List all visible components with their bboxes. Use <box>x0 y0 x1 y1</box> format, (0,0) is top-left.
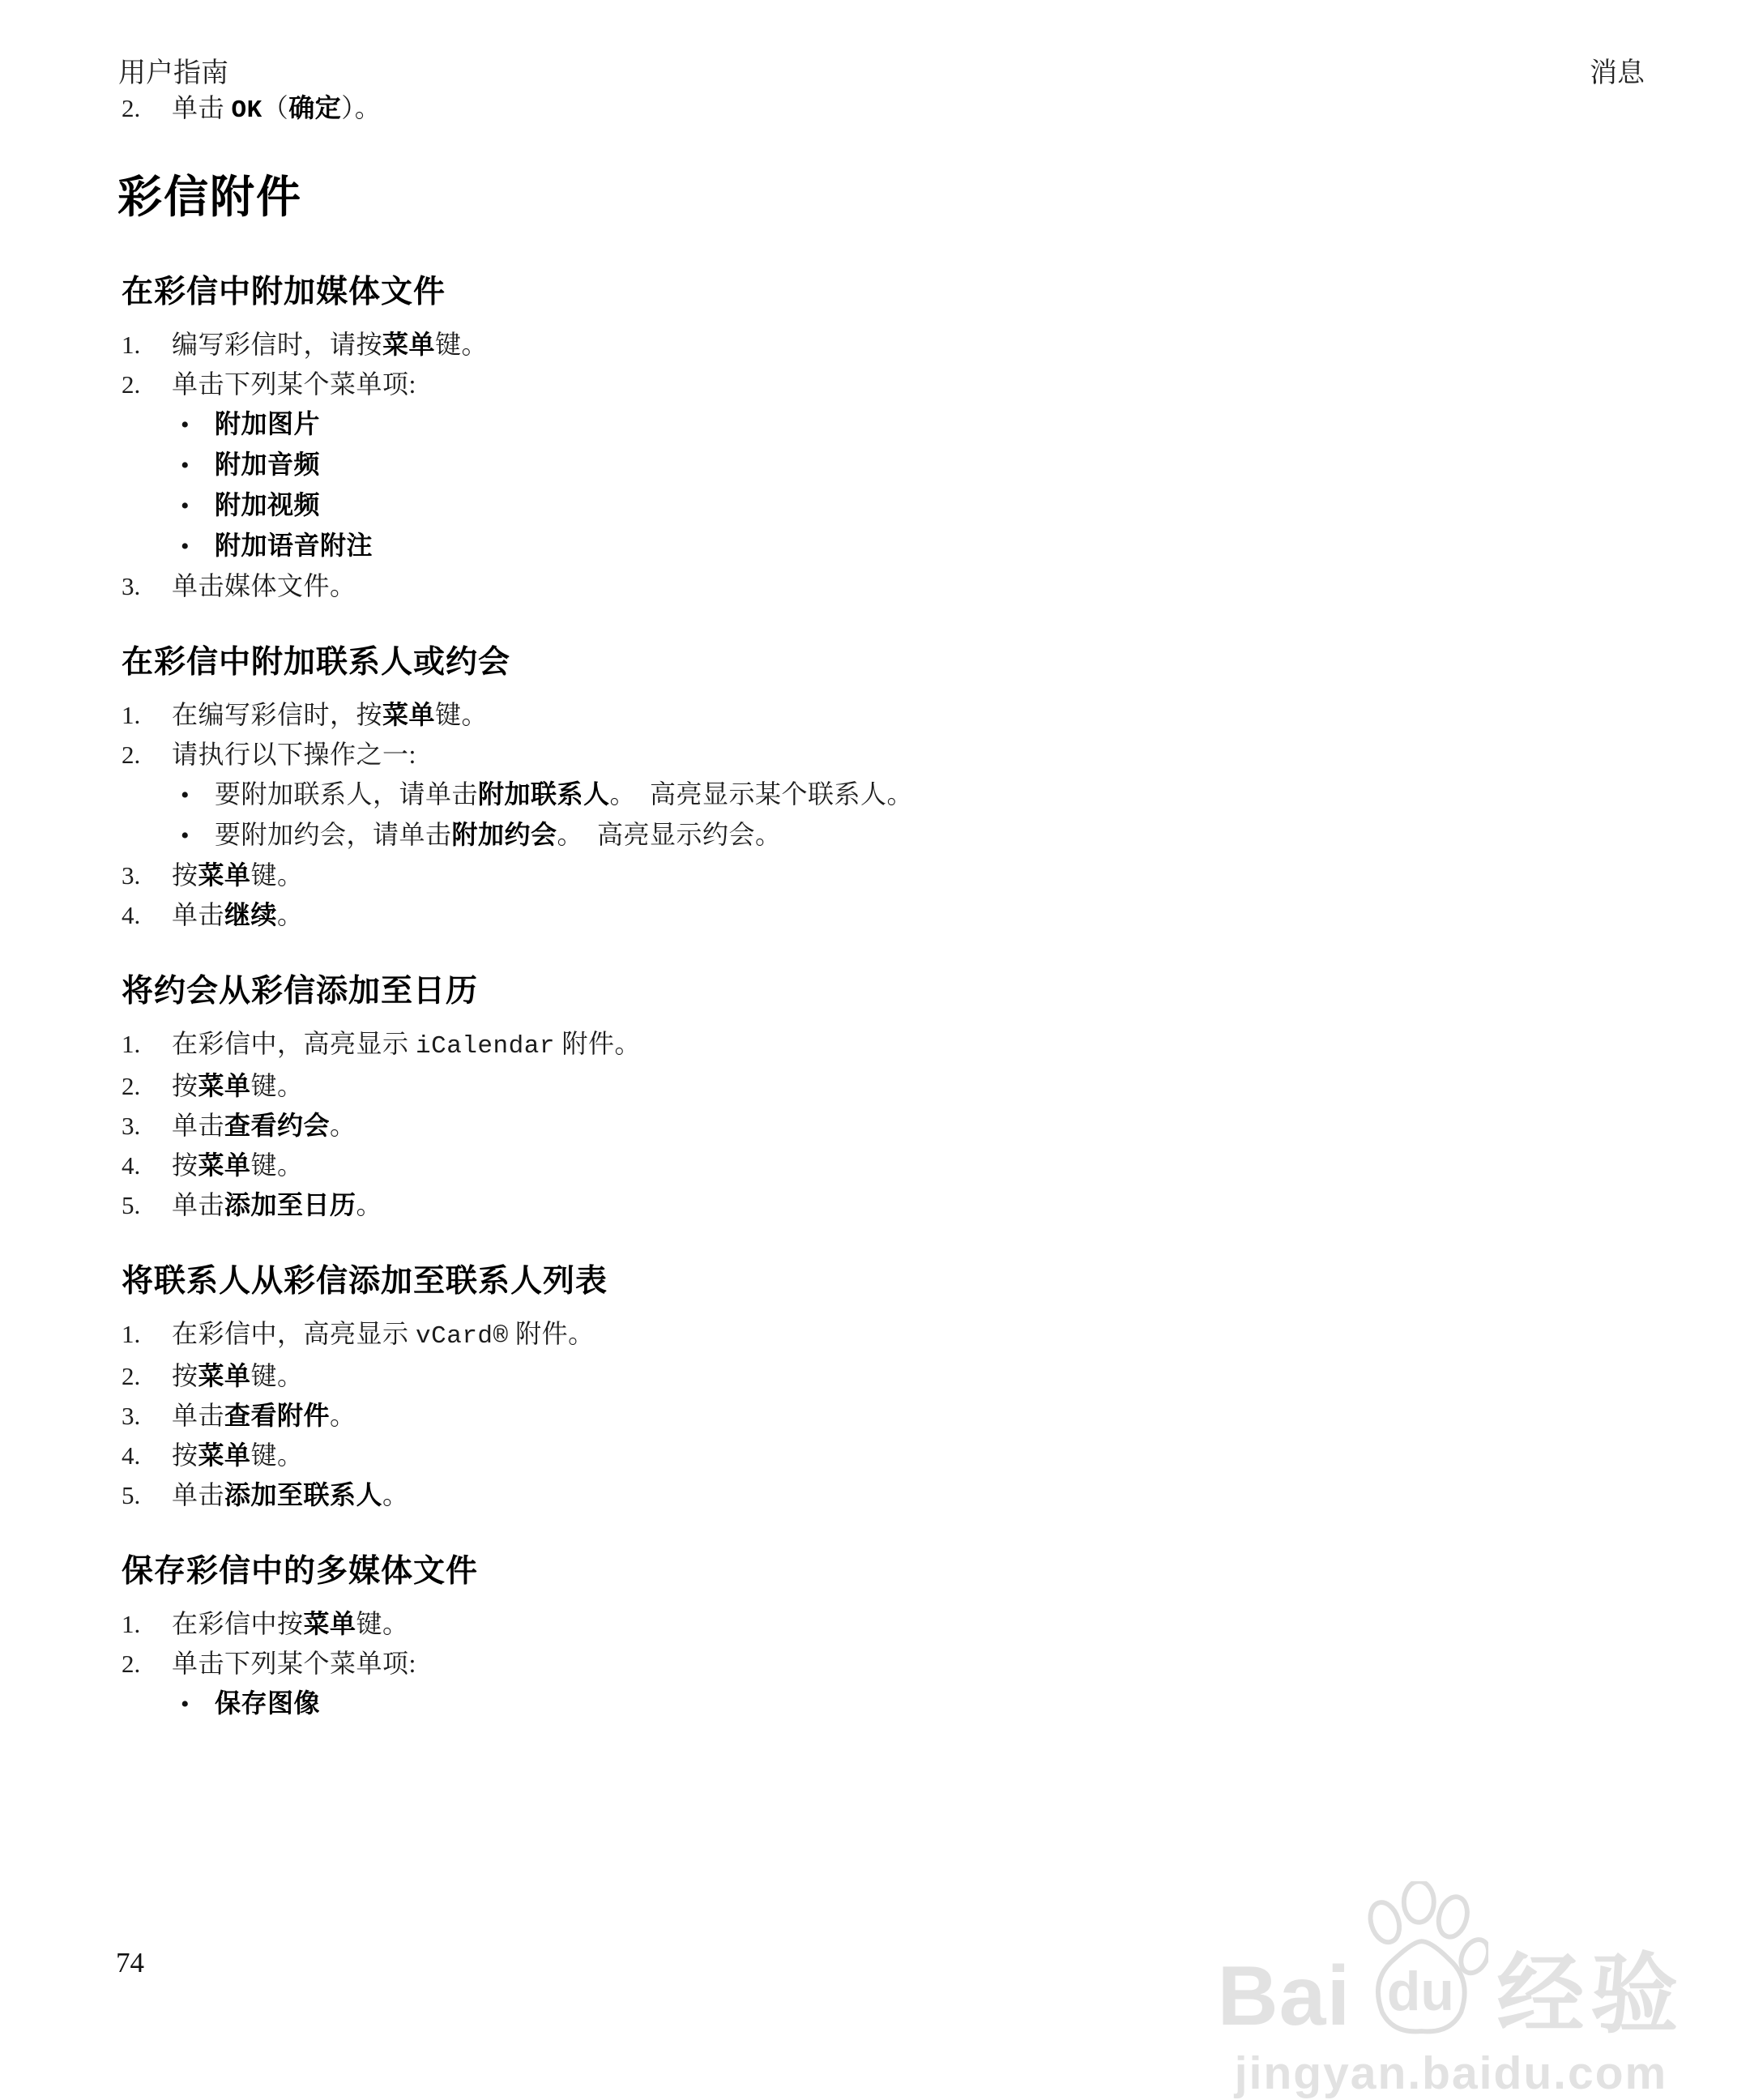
text-run: 键。 <box>251 860 304 890</box>
text-run: 按 <box>172 860 198 890</box>
list-item: 1.编写彩信时，请按菜单键。 <box>120 325 1645 365</box>
text-run: 按 <box>172 1071 198 1100</box>
section-heading: 将联系人从彩信添加至联系人列表 <box>122 1266 1645 1297</box>
item-text: 附加语音附注 <box>215 526 1645 565</box>
text-run: 。 <box>330 1111 356 1140</box>
watermark-brand-prefix: Bai <box>1218 1957 1351 2037</box>
item-text: 在彩信中，高亮显示 vCard® 附件。 <box>172 1314 1645 1356</box>
item-text: 按菜单键。 <box>172 856 1645 894</box>
item-number: 5. <box>122 1186 172 1225</box>
list-item: •附加语音附注 <box>120 526 1645 566</box>
list-item: 3.按菜单键。 <box>120 856 1645 895</box>
text-run: 。 <box>277 900 304 929</box>
bold-term: 确定 <box>288 93 341 122</box>
text-run: 附件。 <box>509 1319 595 1348</box>
item-text: 附加视频 <box>215 485 1645 524</box>
main-content: 2.单击 OK（确定）。 彩信附件 在彩信中附加媒体文件1.编写彩信时，请按菜单… <box>0 88 1750 1724</box>
bullet-icon: • <box>181 1685 215 1724</box>
bold-term: 添加至日历 <box>224 1190 356 1219</box>
bold-term: 菜单 <box>198 1361 251 1390</box>
list-item: 2.单击下列某个菜单项: <box>120 365 1645 404</box>
document-page: 用户指南 消息 2.单击 OK（确定）。 彩信附件 在彩信中附加媒体文件1.编写… <box>0 0 1750 2100</box>
bold-term: 菜单 <box>198 1441 251 1470</box>
bullet-icon: • <box>181 446 215 485</box>
bold-term: 查看约会 <box>224 1111 330 1140</box>
text-run: 单击 <box>172 1190 224 1219</box>
section-list: 1.在彩信中，高亮显示 vCard® 附件。2.按菜单键。3.单击查看附件。4.… <box>120 1314 1645 1515</box>
list-item: •保存图像 <box>120 1684 1645 1724</box>
sections-container: 在彩信中附加媒体文件1.编写彩信时，请按菜单键。2.单击下列某个菜单项:•附加图… <box>120 276 1645 1724</box>
list-item: 4.单击继续。 <box>120 895 1645 935</box>
header-right-title: 消息 <box>1590 58 1645 88</box>
item-number: 2. <box>122 89 172 128</box>
list-item: 2.按菜单键。 <box>120 1356 1645 1396</box>
bold-term: OK <box>232 96 262 125</box>
text-run: 键。 <box>435 330 488 359</box>
list-item: 2.单击下列某个菜单项: <box>120 1644 1645 1684</box>
item-number: 2. <box>122 1357 172 1396</box>
bullet-icon: • <box>181 487 215 526</box>
bullet-icon: • <box>181 527 215 566</box>
item-text: 按菜单键。 <box>172 1066 1645 1105</box>
watermark-brand-suffix: du <box>1387 1964 1454 2019</box>
bold-term: 附加联系人 <box>478 779 610 809</box>
bold-term: 附加音频 <box>215 450 320 479</box>
item-text: 编写彩信时，请按菜单键。 <box>172 325 1645 364</box>
item-text: 单击下列某个菜单项: <box>172 1644 1645 1683</box>
text-run: 在彩信中，高亮显示 <box>172 1319 416 1348</box>
list-item: •要附加约会，请单击附加约会。 高亮显示约会。 <box>120 815 1645 856</box>
text-run: （ <box>262 93 289 122</box>
item-text: 按菜单键。 <box>172 1356 1645 1395</box>
bold-term: 菜单 <box>304 1609 356 1638</box>
list-item: 3.单击媒体文件。 <box>120 566 1645 606</box>
item-number: 1. <box>122 696 172 735</box>
text-run: 键。 <box>251 1441 304 1470</box>
item-number: 4. <box>122 1436 172 1475</box>
text-run: 键。 <box>251 1150 304 1180</box>
text-run: 在编写彩信时，按 <box>172 700 382 729</box>
text-run: 单击 <box>172 900 224 929</box>
section-list: 1.编写彩信时，请按菜单键。2.单击下列某个菜单项:•附加图片•附加音频•附加视… <box>120 325 1645 606</box>
item-text: 单击查看附件。 <box>172 1396 1645 1435</box>
text-run: 要附加联系人，请单击 <box>215 779 478 809</box>
text-run: ）。 <box>341 93 381 122</box>
item-number: 1. <box>122 1605 172 1644</box>
item-text: 按菜单键。 <box>172 1146 1645 1184</box>
text-run: 按 <box>172 1361 198 1390</box>
bold-term: 添加至联系人 <box>224 1480 382 1509</box>
item-number: 5. <box>122 1476 172 1515</box>
text-run: 单击 <box>172 93 232 122</box>
text-run: iCalendar <box>416 1032 555 1061</box>
list-item: 1.在彩信中按菜单键。 <box>120 1604 1645 1644</box>
page-header: 用户指南 消息 <box>0 0 1750 88</box>
text-run: 。 <box>356 1190 383 1219</box>
item-text: 要附加联系人，请单击附加联系人。 高亮显示某个联系人。 <box>215 775 1645 813</box>
section: 保存彩信中的多媒体文件1.在彩信中按菜单键。2.单击下列某个菜单项:•保存图像 <box>120 1556 1645 1724</box>
text-run: 。 <box>330 1401 356 1430</box>
bold-term: 继续 <box>224 900 277 929</box>
bold-term: 附加约会 <box>452 820 557 849</box>
watermark-logo-row: Bai du 经验 <box>1188 1881 1714 2037</box>
item-number: 4. <box>122 896 172 935</box>
bullet-icon: • <box>181 817 215 856</box>
text-run: 单击 <box>172 1111 224 1140</box>
text-run: 要附加约会，请单击 <box>215 820 452 849</box>
list-item: •附加音频 <box>120 445 1645 485</box>
header-left-title: 用户指南 <box>118 58 228 88</box>
list-item: 3.单击查看附件。 <box>120 1396 1645 1436</box>
text-run: 。 高亮显示约会。 <box>557 820 782 849</box>
item-number: 3. <box>122 856 172 895</box>
section-list: 1.在彩信中，高亮显示 iCalendar 附件。2.按菜单键。3.单击查看约会… <box>120 1024 1645 1225</box>
list-item: •附加图片 <box>120 404 1645 445</box>
list-item: 5.单击添加至日历。 <box>120 1185 1645 1225</box>
item-text: 在编写彩信时，按菜单键。 <box>172 695 1645 734</box>
item-number: 2. <box>122 736 172 775</box>
item-text: 在彩信中按菜单键。 <box>172 1604 1645 1643</box>
list-item: •附加视频 <box>120 485 1645 526</box>
item-number: 2. <box>122 1067 172 1106</box>
list-item: •要附加联系人，请单击附加联系人。 高亮显示某个联系人。 <box>120 775 1645 815</box>
bold-term: 附加图片 <box>215 409 320 438</box>
item-text: 附加音频 <box>215 445 1645 484</box>
item-text: 在彩信中，高亮显示 iCalendar 附件。 <box>172 1024 1645 1066</box>
item-text: 保存图像 <box>215 1684 1645 1722</box>
intro-step-list: 2.单击 OK（确定）。 <box>120 88 1645 130</box>
list-item: 4.按菜单键。 <box>120 1436 1645 1475</box>
list-item: 3.单击查看约会。 <box>120 1106 1645 1146</box>
item-number: 4. <box>122 1146 172 1185</box>
text-run: 在彩信中按 <box>172 1609 304 1638</box>
text-run: 单击下列某个菜单项: <box>172 369 416 399</box>
item-text: 单击 OK（确定）。 <box>172 88 1645 130</box>
item-text: 要附加约会，请单击附加约会。 高亮显示约会。 <box>215 815 1645 854</box>
item-text: 单击添加至联系人。 <box>172 1475 1645 1514</box>
text-run: 请执行以下操作之一: <box>172 740 416 769</box>
section-heading: 保存彩信中的多媒体文件 <box>122 1556 1645 1587</box>
item-text: 按菜单键。 <box>172 1436 1645 1475</box>
item-text: 单击查看约会。 <box>172 1106 1645 1145</box>
item-text: 单击媒体文件。 <box>172 566 1645 605</box>
bold-term: 菜单 <box>382 330 435 359</box>
page-number: 74 <box>116 1947 144 1979</box>
text-run: 单击媒体文件。 <box>172 571 356 600</box>
section: 在彩信中附加媒体文件1.编写彩信时，请按菜单键。2.单击下列某个菜单项:•附加图… <box>120 276 1645 606</box>
text-run: 单击 <box>172 1401 224 1430</box>
watermark-url: jingyan.baidu.com <box>1188 2047 1714 2100</box>
item-text: 单击继续。 <box>172 895 1645 934</box>
section-list: 1.在编写彩信时，按菜单键。2.请执行以下操作之一:•要附加联系人，请单击附加联… <box>120 695 1645 935</box>
section-heading: 在彩信中附加媒体文件 <box>122 276 1645 308</box>
item-number: 1. <box>122 1315 172 1354</box>
bold-term: 附加语音附注 <box>215 531 373 560</box>
bold-term: 菜单 <box>382 700 435 729</box>
item-number: 3. <box>122 1107 172 1146</box>
item-text: 单击下列某个菜单项: <box>172 365 1645 403</box>
item-text: 附加图片 <box>215 404 1645 443</box>
text-run: 。 <box>382 1480 409 1509</box>
text-run: 键。 <box>435 700 488 729</box>
item-number: 1. <box>122 1025 172 1064</box>
page-title: 彩信附件 <box>117 175 1645 220</box>
list-item: 1.在编写彩信时，按菜单键。 <box>120 695 1645 735</box>
list-item: 2.请执行以下操作之一: <box>120 735 1645 775</box>
item-number: 2. <box>122 365 172 404</box>
item-number: 3. <box>122 1397 172 1436</box>
text-run: 单击 <box>172 1480 224 1509</box>
section: 将联系人从彩信添加至联系人列表1.在彩信中，高亮显示 vCard® 附件。2.按… <box>120 1266 1645 1515</box>
list-item: 2.单击 OK（确定）。 <box>120 88 1645 130</box>
item-text: 单击添加至日历。 <box>172 1185 1645 1224</box>
bold-term: 查看附件 <box>224 1401 330 1430</box>
section-list: 1.在彩信中按菜单键。2.单击下列某个菜单项:•保存图像 <box>120 1604 1645 1724</box>
section: 在彩信中附加联系人或约会1.在编写彩信时，按菜单键。2.请执行以下操作之一:•要… <box>120 647 1645 935</box>
item-number: 1. <box>122 326 172 365</box>
section-heading: 将约会从彩信添加至日历 <box>122 975 1645 1007</box>
text-run: 编写彩信时，请按 <box>172 330 382 359</box>
bold-term: 菜单 <box>198 1150 251 1180</box>
bold-term: 保存图像 <box>215 1688 320 1718</box>
list-item: 1.在彩信中，高亮显示 vCard® 附件。 <box>120 1314 1645 1356</box>
watermark-brand-cn: 经验 <box>1496 1953 1684 2037</box>
text-run: 单击下列某个菜单项: <box>172 1649 416 1678</box>
bullet-icon: • <box>181 776 215 815</box>
item-number: 3. <box>122 567 172 606</box>
baidu-jingyan-watermark: Bai du 经验 jingyan.baidu.com <box>1188 1881 1714 2100</box>
baidu-paw-icon: du <box>1352 1881 1488 2037</box>
text-run: vCard® <box>416 1322 509 1351</box>
text-run: 附件。 <box>555 1029 641 1058</box>
text-run: 。 高亮显示某个联系人。 <box>610 779 914 809</box>
list-item: 5.单击添加至联系人。 <box>120 1475 1645 1515</box>
item-number: 2. <box>122 1645 172 1684</box>
text-run: 键。 <box>251 1071 304 1100</box>
item-text: 请执行以下操作之一: <box>172 735 1645 774</box>
text-run: 按 <box>172 1150 198 1180</box>
section: 将约会从彩信添加至日历1.在彩信中，高亮显示 iCalendar 附件。2.按菜… <box>120 975 1645 1225</box>
bullet-icon: • <box>181 406 215 445</box>
text-run: 键。 <box>251 1361 304 1390</box>
section-heading: 在彩信中附加联系人或约会 <box>122 647 1645 678</box>
bold-term: 附加视频 <box>215 490 320 519</box>
bold-term: 菜单 <box>198 860 251 890</box>
text-run: 键。 <box>356 1609 409 1638</box>
list-item: 2.按菜单键。 <box>120 1066 1645 1106</box>
bold-term: 菜单 <box>198 1071 251 1100</box>
list-item: 1.在彩信中，高亮显示 iCalendar 附件。 <box>120 1024 1645 1066</box>
text-run: 在彩信中，高亮显示 <box>172 1029 416 1058</box>
list-item: 4.按菜单键。 <box>120 1146 1645 1185</box>
text-run: 按 <box>172 1441 198 1470</box>
